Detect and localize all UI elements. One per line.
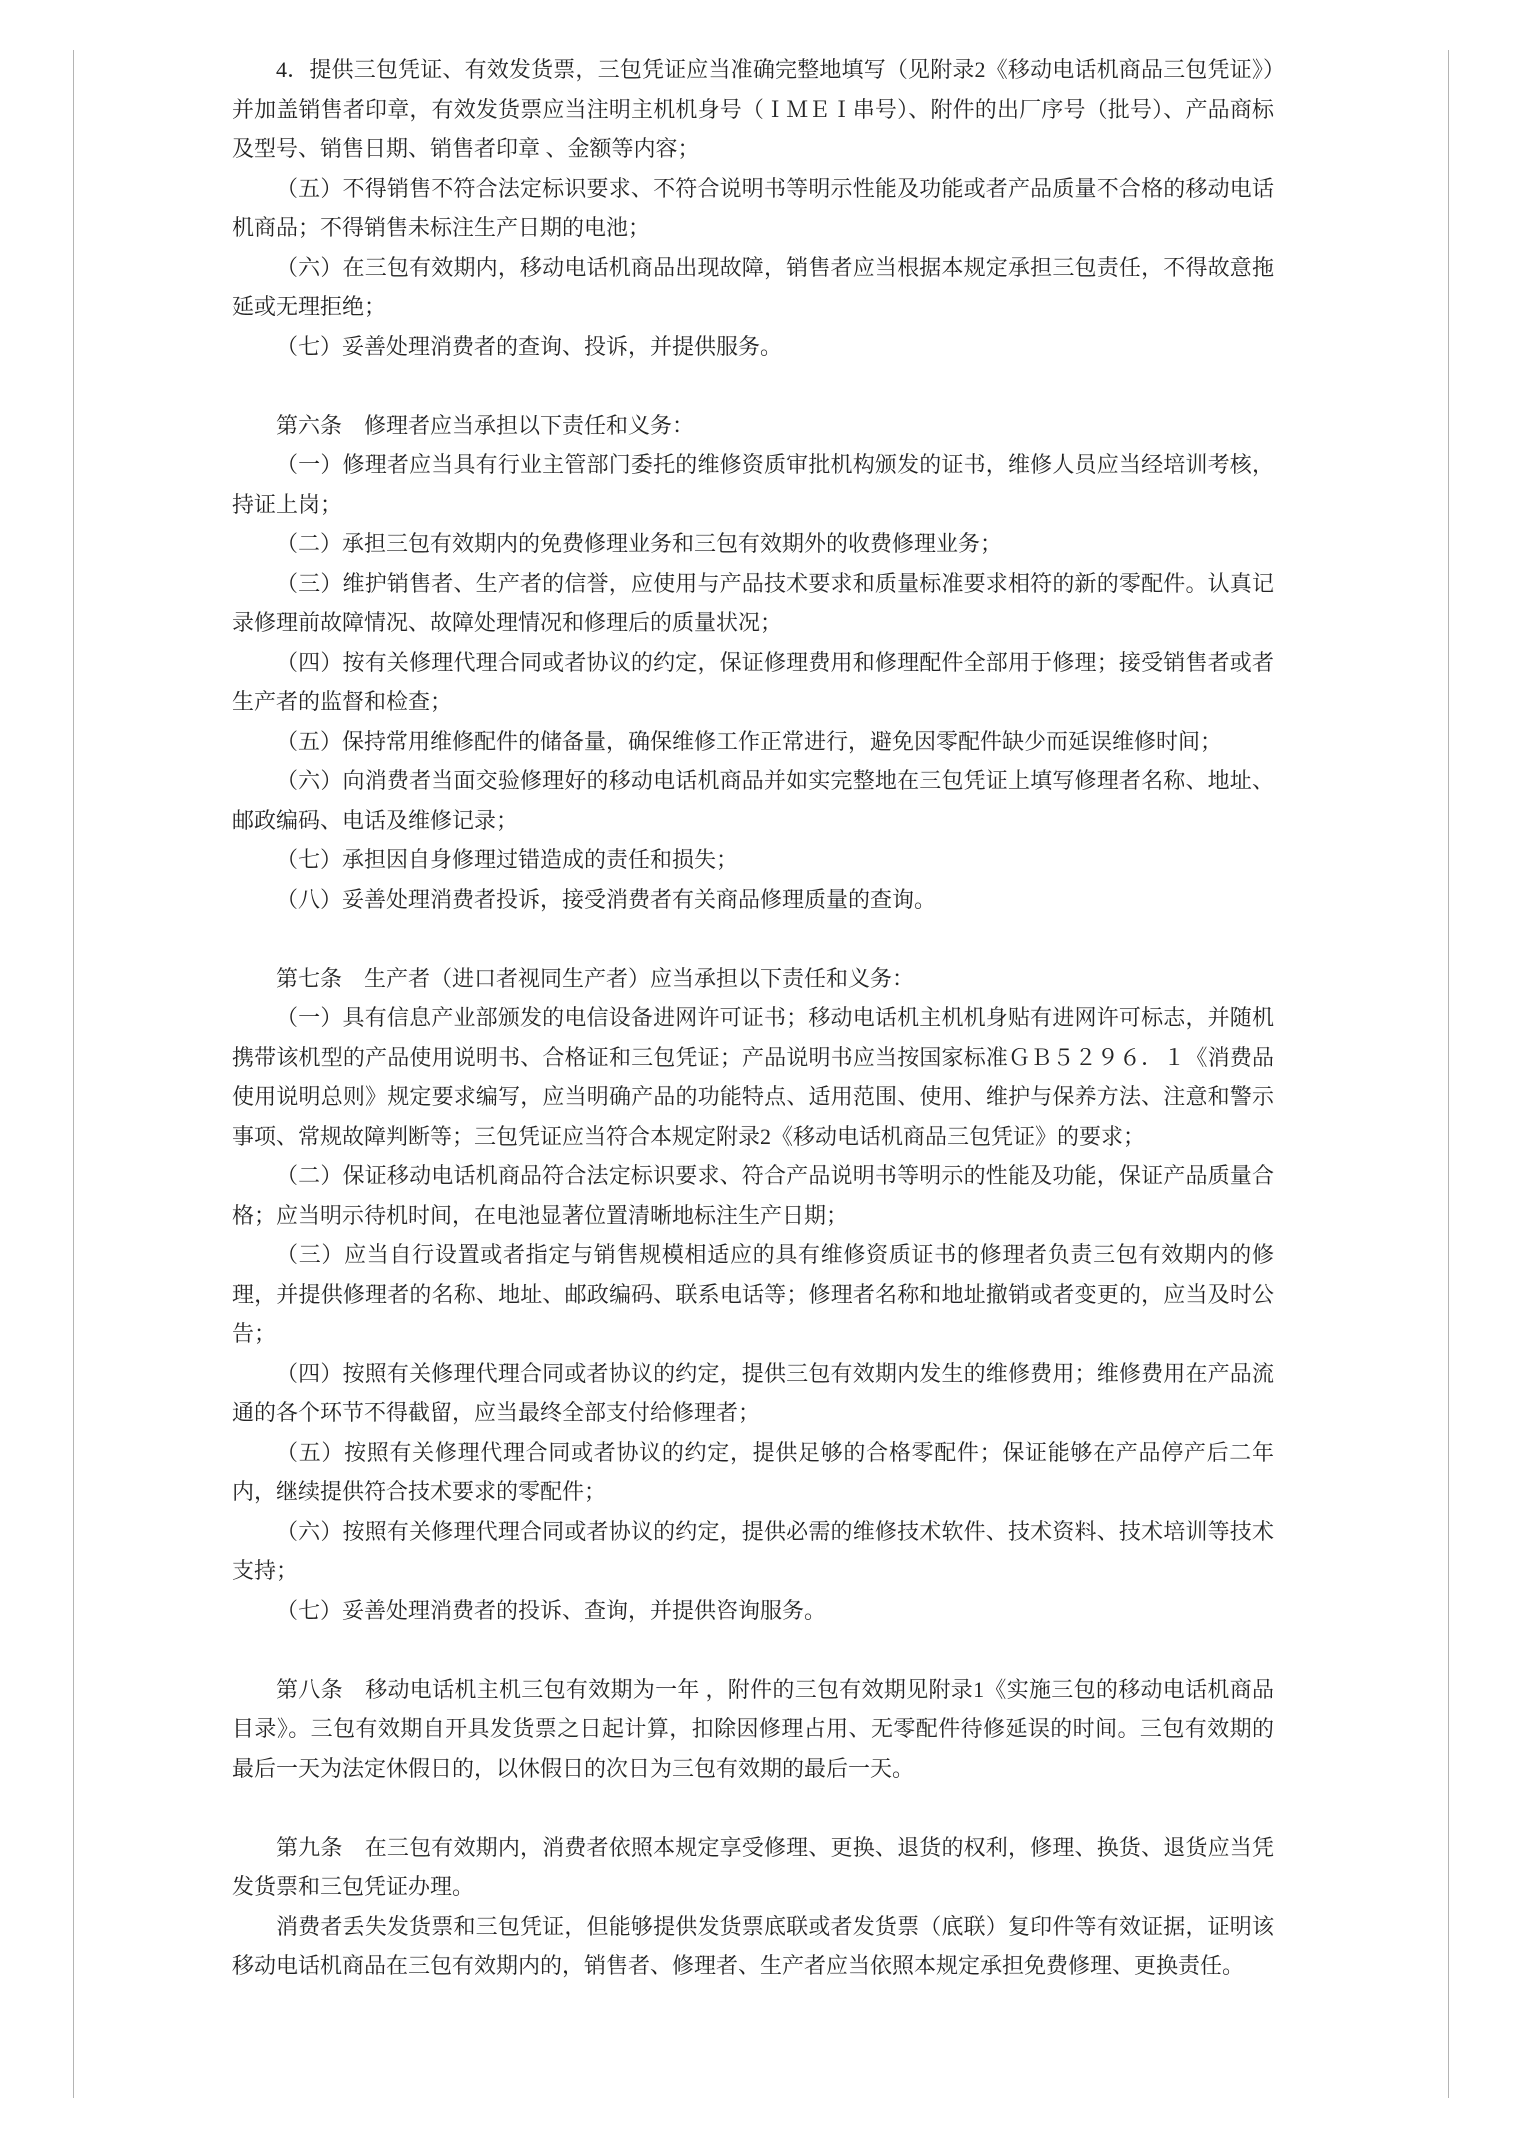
article-6-item-4: （四）按有关修理代理合同或者协议的约定，保证修理费用和修理配件全部用于修理；接受… <box>232 643 1274 722</box>
article-6-item-5: （五）保持常用维修配件的储备量，确保维修工作正常进行，避免因零配件缺少而延误维修… <box>232 722 1274 762</box>
article-7-item-6: （六）按照有关修理代理合同或者协议的约定，提供必需的维修技术软件、技术资料、技术… <box>232 1512 1274 1591</box>
article-6-item-3: （三）维护销售者、生产者的信誉，应使用与产品技术要求和质量标准要求相符的新的零配… <box>232 564 1274 643</box>
article-7-item-4: （四）按照有关修理代理合同或者协议的约定，提供三包有效期内发生的维修费用；维修费… <box>232 1354 1274 1433</box>
article-7-item-5: （五）按照有关修理代理合同或者协议的约定，提供足够的合格零配件；保证能够在产品停… <box>232 1433 1274 1512</box>
list-item-6: （六）在三包有效期内，移动电话机商品出现故障，销售者应当根据本规定承担三包责任，… <box>232 248 1274 327</box>
article-9-para-2: 消费者丢失发货票和三包凭证，但能够提供发货票底联或者发货票（底联）复印件等有效证… <box>232 1907 1274 1986</box>
article-6-item-1: （一）修理者应当具有行业主管部门委托的维修资质审批机构颁发的证书，维修人员应当经… <box>232 445 1274 524</box>
list-item-4: 4．提供三包凭证、有效发货票，三包凭证应当准确完整地填写（见附录2《移动电话机商… <box>232 50 1274 169</box>
document-body: 4．提供三包凭证、有效发货票，三包凭证应当准确完整地填写（见附录2《移动电话机商… <box>232 50 1274 1986</box>
list-item-5: （五）不得销售不符合法定标识要求、不符合说明书等明示性能及功能或者产品质量不合格… <box>232 169 1274 248</box>
article-7-item-1: （一）具有信息产业部颁发的电信设备进网许可证书；移动电话机主机机身贴有进网许可标… <box>232 998 1274 1156</box>
page-right-border <box>1448 50 1449 2098</box>
article-6-item-6: （六）向消费者当面交验修理好的移动电话机商品并如实完整地在三包凭证上填写修理者名… <box>232 761 1274 840</box>
article-8: 第八条 移动电话机主机三包有效期为一年 ，附件的三包有效期见附录1《实施三包的移… <box>232 1670 1274 1789</box>
article-7-item-7: （七）妥善处理消费者的投诉、查询，并提供咨询服务。 <box>232 1591 1274 1631</box>
page-left-border <box>73 50 74 2098</box>
article-7-item-3: （三）应当自行设置或者指定与销售规模相适应的具有维修资质证书的修理者负责三包有效… <box>232 1235 1274 1354</box>
article-6-item-8: （八）妥善处理消费者投诉，接受消费者有关商品修理质量的查询。 <box>232 880 1274 920</box>
article-7-item-2: （二）保证移动电话机商品符合法定标识要求、符合产品说明书等明示的性能及功能，保证… <box>232 1156 1274 1235</box>
article-7-intro: 第七条 生产者（进口者视同生产者）应当承担以下责任和义务： <box>232 959 1274 999</box>
article-9-para-1: 第九条 在三包有效期内，消费者依照本规定享受修理、更换、退货的权利，修理、换货、… <box>232 1828 1274 1907</box>
article-6-intro: 第六条 修理者应当承担以下责任和义务： <box>232 406 1274 446</box>
list-item-7: （七）妥善处理消费者的查询、投诉，并提供服务。 <box>232 327 1274 367</box>
article-6-item-2: （二）承担三包有效期内的免费修理业务和三包有效期外的收费修理业务； <box>232 524 1274 564</box>
article-6-item-7: （七）承担因自身修理过错造成的责任和损失； <box>232 840 1274 880</box>
